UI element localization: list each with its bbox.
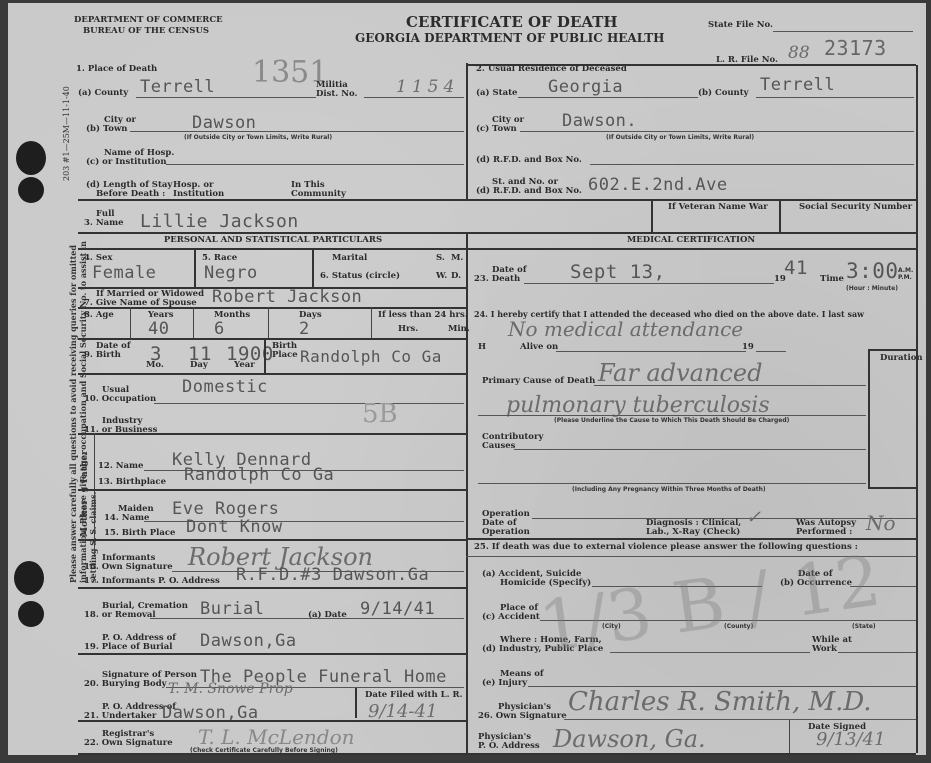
mother-birthplace-label: 15. Birth Place xyxy=(104,529,175,538)
stay-hosp-2: Institution xyxy=(173,190,224,199)
place-accident-label-2: (c) Accident xyxy=(482,613,540,622)
physician-sig-label-2: 26. Own Signature xyxy=(478,712,567,721)
marital-label-2: 6. Status (circle) xyxy=(320,272,400,281)
marital-label-1: Marital xyxy=(332,254,367,263)
year-label: Year xyxy=(234,361,255,370)
res-city[interactable]: Dawson. xyxy=(562,111,637,131)
work-label-2: Work xyxy=(812,645,837,654)
death-city[interactable]: Dawson xyxy=(192,113,256,133)
informant-address-label: 17. Informants P. O. Address xyxy=(84,577,220,586)
res-state[interactable]: Georgia xyxy=(548,77,623,97)
age-label: 8. Age xyxy=(84,311,114,320)
min-label: Min. xyxy=(448,325,470,334)
hrs-label: Hrs. xyxy=(398,325,418,334)
date-filed[interactable]: 9/14-41 xyxy=(368,701,437,722)
stay-community-2: Community xyxy=(291,190,346,199)
punch-hole xyxy=(16,141,46,175)
marital-option-d[interactable]: D. xyxy=(451,272,461,281)
mother-birthplace[interactable]: Dont Know xyxy=(186,517,283,537)
ssn-label: Social Security Number xyxy=(799,203,912,212)
occupation-label-2: 10. Occupation xyxy=(84,395,156,404)
burial-date-label: (a) Date xyxy=(308,611,347,620)
primary-cause-hint: (Please Underline the Cause to Which Thi… xyxy=(554,416,789,425)
res-city-label-2: (c) Town xyxy=(476,125,517,134)
registrar-label-2: 22. Own Signature xyxy=(84,739,173,748)
certificate-title: CERTIFICATE OF DEATH xyxy=(406,13,618,31)
name-label-2: 3. Name xyxy=(84,219,124,228)
time-hint: (Hour : Minute) xyxy=(846,284,898,293)
punch-hole xyxy=(18,177,44,203)
age-years[interactable]: 40 xyxy=(148,319,169,339)
physician-signature[interactable]: Charles R. Smith, M.D. xyxy=(568,687,872,717)
diagnosis-check: ✓ xyxy=(746,507,761,528)
death-date[interactable]: Sept 13, xyxy=(570,261,666,283)
burial-place-label-2: 19. Place of Burial xyxy=(84,643,173,652)
birthplace-label-2: Place xyxy=(272,351,298,360)
autopsy-answer[interactable]: No xyxy=(866,511,896,535)
city-label-2: (b) Town xyxy=(86,125,127,134)
place-of-death-label: 1. Place of Death xyxy=(76,65,157,74)
res-street-label-2: (d) R.F.D. and Box No. xyxy=(476,187,582,196)
contributory-label-2: Causes xyxy=(482,442,515,451)
attendance[interactable]: No medical attendance xyxy=(508,317,743,341)
punch-hole xyxy=(14,561,44,595)
father-birthplace[interactable]: Randolph Co Ga xyxy=(184,465,334,485)
death-county[interactable]: Terrell xyxy=(140,77,215,97)
militia-district[interactable]: 1154 xyxy=(396,77,459,97)
pregnancy-hint: (Including Any Pregnancy Within Three Mo… xyxy=(572,485,766,494)
informant-sig-label-2: 16. Own Signature xyxy=(84,563,173,572)
death-year[interactable]: 41 xyxy=(784,257,808,279)
res-city-hint: (If Outside City or Town Limits, Write R… xyxy=(606,133,754,142)
handwritten-code: 5B xyxy=(362,399,398,429)
time-label: Time xyxy=(820,275,844,284)
burial-method[interactable]: Burial xyxy=(200,599,264,619)
under-24-label: If less than 24 hrs. xyxy=(378,311,468,320)
medical-section-title: MEDICAL CERTIFICATION xyxy=(466,236,916,245)
father-side-label: Father xyxy=(80,450,90,483)
burying-person-handwritten: T. M. Snowe Prop xyxy=(168,681,293,697)
age-months[interactable]: 6 xyxy=(214,319,225,339)
death-time[interactable]: 3:00 xyxy=(846,259,899,283)
mo-label: Mo. xyxy=(146,361,164,370)
occupation[interactable]: Domestic xyxy=(182,377,268,397)
op-date-label-2: Operation xyxy=(482,528,530,537)
hosp-label-2: (c) or Institution xyxy=(86,158,167,167)
spouse-name[interactable]: Robert Jackson xyxy=(212,287,362,307)
date-signed[interactable]: 9/13/41 xyxy=(816,729,885,750)
mother-name[interactable]: Eve Rogers xyxy=(172,499,279,519)
burial-date[interactable]: 9/14/41 xyxy=(360,599,435,619)
militia-label-2: Dist. No. xyxy=(316,90,357,99)
alive-19: 19 xyxy=(742,343,754,352)
form-code: 203 #1—25M—11-1-40 xyxy=(62,86,71,181)
burying-person-label-2: 20. Burying Body xyxy=(84,680,167,689)
death-certificate: 203 #1—25M—11-1-40 Please answer careful… xyxy=(8,3,926,755)
state-file-label: State File No. xyxy=(708,21,773,30)
res-street[interactable]: 602.E.2nd.Ave xyxy=(588,175,728,195)
age-days[interactable]: 2 xyxy=(299,319,310,339)
sex-label: 4. Sex xyxy=(84,254,112,263)
res-county[interactable]: Terrell xyxy=(760,75,835,95)
res-rfd-label: (d) R.F.D. and Box No. xyxy=(476,156,582,165)
marital-option-m[interactable]: M. xyxy=(451,254,463,263)
dob-label-2: 9. Birth xyxy=(84,351,121,360)
day-label: Day xyxy=(190,361,208,370)
physician-addr-label-2: P. O. Address xyxy=(478,742,540,751)
county-label: (a) County xyxy=(78,89,128,98)
residence-label: 2. Usual Residence of Deceased xyxy=(476,65,627,74)
lr-file-handwritten: 88 xyxy=(788,43,810,63)
race-label: 5. Race xyxy=(202,254,237,263)
marital-option-w[interactable]: W. xyxy=(436,272,447,281)
mother-side-label: Mother xyxy=(80,500,90,537)
punch-hole xyxy=(18,601,44,627)
primary-cause-line1[interactable]: Far advanced xyxy=(598,359,762,387)
lr-file-number: 23173 xyxy=(824,36,887,60)
death-date-label-2: 23. Death xyxy=(474,275,520,284)
mother-name-label-2: 14. Name xyxy=(104,514,149,523)
date-filed-label: Date Filed with L. R. xyxy=(365,691,463,700)
birthplace[interactable]: Randolph Co Ga xyxy=(300,347,442,366)
father-birthplace-label: 13. Birthplace xyxy=(98,478,166,487)
stay-label-2: Before Death : xyxy=(96,190,165,199)
alive-h: H xyxy=(478,343,486,352)
personal-section-title: PERSONAL AND STATISTICAL PARTICULARS xyxy=(78,236,468,245)
burial-label-2: 18. or Removal xyxy=(84,611,156,620)
alive-label: Alive on xyxy=(520,343,558,352)
city-hint: (If Outside City or Town Limits, Write R… xyxy=(184,133,332,142)
certificate-subtitle: GEORGIA DEPARTMENT OF PUBLIC HEALTH xyxy=(355,31,664,45)
bureau-census: BUREAU OF THE CENSUS xyxy=(83,27,209,36)
diagnosis-label-2[interactable]: Lab., X-Ray (Check) xyxy=(646,528,740,537)
burial-place[interactable]: Dawson,Ga xyxy=(200,631,297,651)
veteran-label: If Veteran Name War xyxy=(668,203,768,212)
informant-address[interactable]: R.F.D.#3 Dawson.Ga xyxy=(236,565,429,585)
res-state-label: (a) State xyxy=(476,89,517,98)
full-name[interactable]: Lillie Jackson xyxy=(140,211,299,232)
primary-cause-label: Primary Cause of Death xyxy=(482,377,595,386)
sex[interactable]: Female xyxy=(92,263,156,283)
father-name-label: 12. Name xyxy=(98,462,143,471)
autopsy-label-2: Performed : xyxy=(796,528,852,537)
race[interactable]: Negro xyxy=(204,263,258,283)
physician-address[interactable]: Dawson, Ga. xyxy=(553,725,706,753)
res-county-label: (b) County xyxy=(698,89,749,98)
marital-option-s[interactable]: S. xyxy=(436,254,445,263)
means-label-2: (e) Injury xyxy=(482,679,527,688)
dept-commerce: DEPARTMENT OF COMMERCE xyxy=(74,16,223,25)
